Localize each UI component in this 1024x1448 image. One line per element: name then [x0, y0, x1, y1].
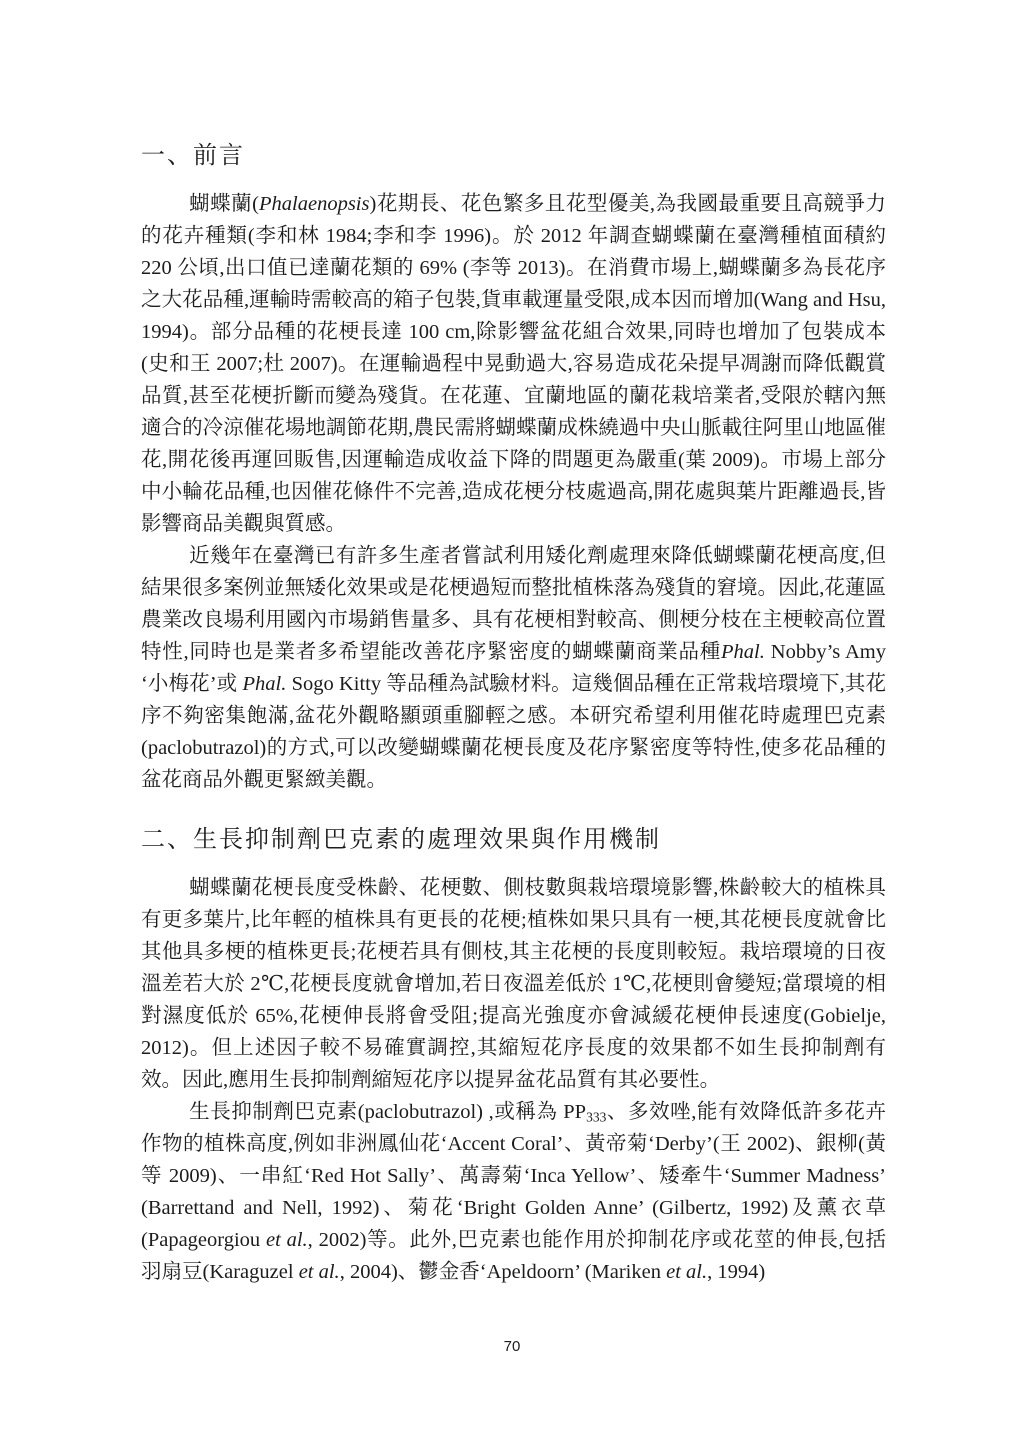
document-page: 一、前言 蝴蝶蘭(Phalaenopsis)花期長、花色繁多且花型優美,為我國最… [0, 0, 1024, 1448]
page-number: 70 [504, 1338, 521, 1355]
text-column: 一、前言 蝴蝶蘭(Phalaenopsis)花期長、花色繁多且花型優美,為我國最… [141, 140, 886, 1288]
paragraph-mechanism-2: 生長抑制劑巴克素(paclobutrazol) ,或稱為 PP333、多效唑,能… [141, 1096, 886, 1288]
heading-introduction: 一、前言 [141, 140, 886, 172]
paragraph-intro-1: 蝴蝶蘭(Phalaenopsis)花期長、花色繁多且花型優美,為我國最重要且高競… [141, 188, 886, 540]
heading-mechanism: 二、生長抑制劑巴克素的處理效果與作用機制 [141, 824, 886, 856]
page-footer: 70 [0, 1338, 1024, 1356]
section-introduction: 一、前言 蝴蝶蘭(Phalaenopsis)花期長、花色繁多且花型優美,為我國最… [141, 140, 886, 796]
section-mechanism: 二、生長抑制劑巴克素的處理效果與作用機制 蝴蝶蘭花梗長度受株齡、花梗數、側枝數與… [141, 824, 886, 1288]
paragraph-mechanism-1: 蝴蝶蘭花梗長度受株齡、花梗數、側枝數與栽培環境影響,株齡較大的植株具有更多葉片,… [141, 872, 886, 1096]
paragraph-intro-2: 近幾年在臺灣已有許多生產者嘗試利用矮化劑處理來降低蝴蝶蘭花梗高度,但結果很多案例… [141, 540, 886, 796]
